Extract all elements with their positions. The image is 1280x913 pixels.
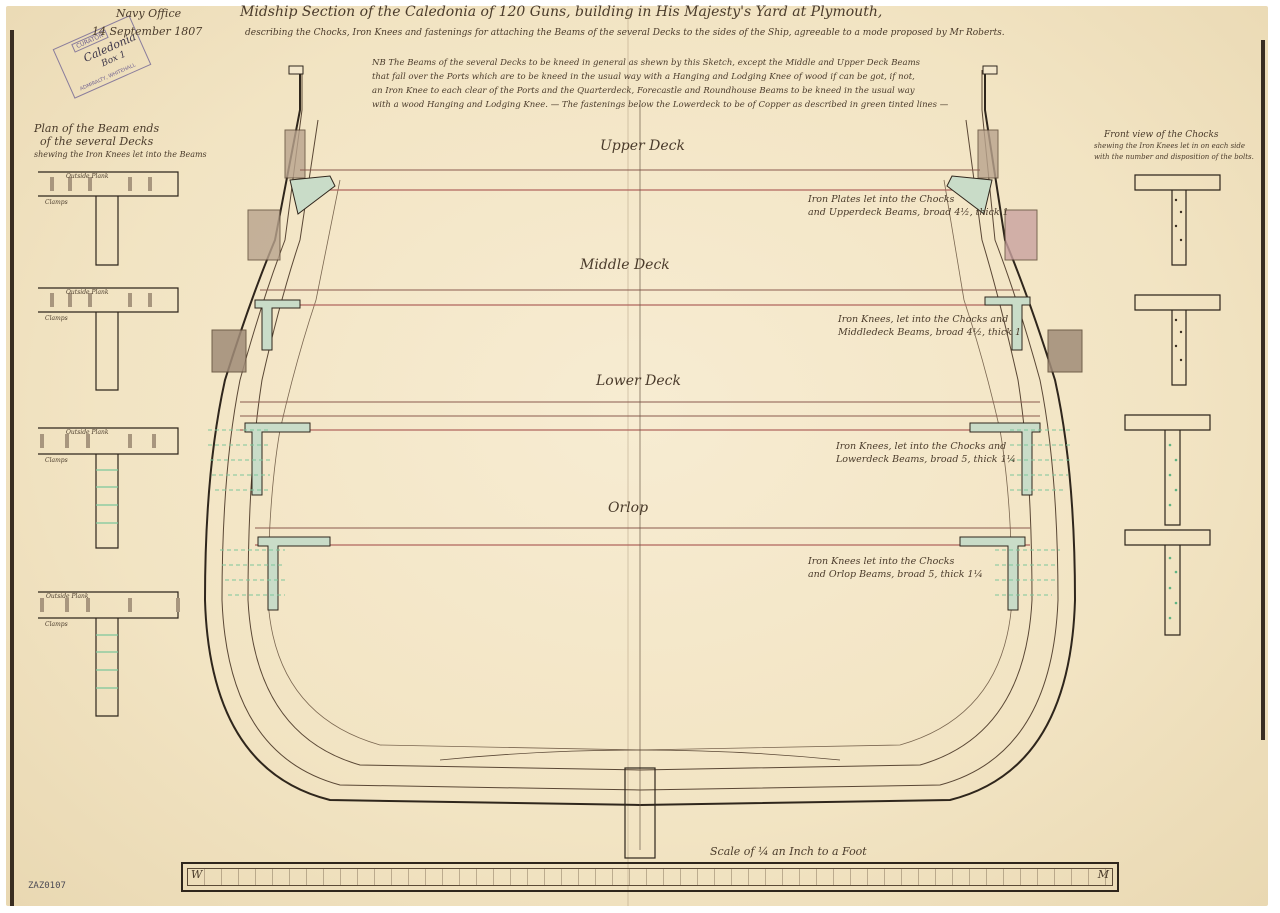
title-line: shewing the Iron Knees let into the Beam… [34, 148, 207, 161]
orlop-note: Iron Knees let into the Chocks and Orlop… [808, 555, 983, 581]
left-panel-title: Plan of the Beam ends of the several Dec… [34, 122, 207, 161]
outside-plank-label: Outside Plank [46, 590, 89, 603]
deck-label-lower: Lower Deck [596, 373, 681, 389]
title-line: with the number and disposition of the b… [1094, 152, 1254, 163]
deck-label-upper: Upper Deck [600, 138, 685, 154]
note-line: Iron Plates let into the Chocks [808, 193, 1009, 206]
middle-deck-note: Iron Knees, let into the Chocks and Midd… [838, 313, 1021, 339]
title-line: Front view of the Chocks [1094, 130, 1254, 141]
scale-end-right: M [1098, 868, 1109, 881]
reference-number: ZAZ0107 [28, 881, 66, 891]
note-line: Iron Knees, let into the Chocks and [838, 313, 1021, 326]
outside-plank-label: Outside Plank [66, 286, 109, 299]
note-line: Middledeck Beams, broad 4½, thick 1 [838, 326, 1021, 339]
clamps-label: Clamps [45, 454, 68, 467]
upper-deck-note: Iron Plates let into the Chocks and Uppe… [808, 193, 1009, 219]
note-line: Lowerdeck Beams, broad 5, thick 1¼ [836, 453, 1016, 466]
scale-graduations [187, 868, 1113, 886]
scale-end-left: W [191, 868, 202, 881]
title-line: Plan of the Beam ends [34, 122, 207, 135]
clamps-label: Clamps [45, 312, 68, 325]
title-line: of the several Decks [34, 135, 207, 148]
note-line: Iron Knees let into the Chocks [808, 555, 983, 568]
deck-label-middle: Middle Deck [580, 257, 670, 273]
note-line: and Orlop Beams, broad 5, thick 1¼ [808, 568, 983, 581]
right-panel-title: Front view of the Chocks shewing the Iro… [1094, 130, 1254, 163]
lower-deck-note: Iron Knees, let into the Chocks and Lowe… [836, 440, 1016, 466]
deck-label-orlop: Orlop [608, 500, 648, 516]
scale-bar: W M [181, 862, 1119, 892]
title-line: shewing the Iron Knees let in on each si… [1094, 141, 1254, 152]
outside-plank-label: Outside Plank [66, 426, 109, 439]
scale-caption: Scale of ¼ an Inch to a Foot [710, 845, 867, 858]
clamps-label: Clamps [45, 618, 68, 631]
clamps-label: Clamps [45, 196, 68, 209]
note-line: Iron Knees, let into the Chocks and [836, 440, 1016, 453]
note-line: and Upperdeck Beams, broad 4½, thick 1 [808, 206, 1009, 219]
outside-plank-label: Outside Plank [66, 170, 109, 183]
